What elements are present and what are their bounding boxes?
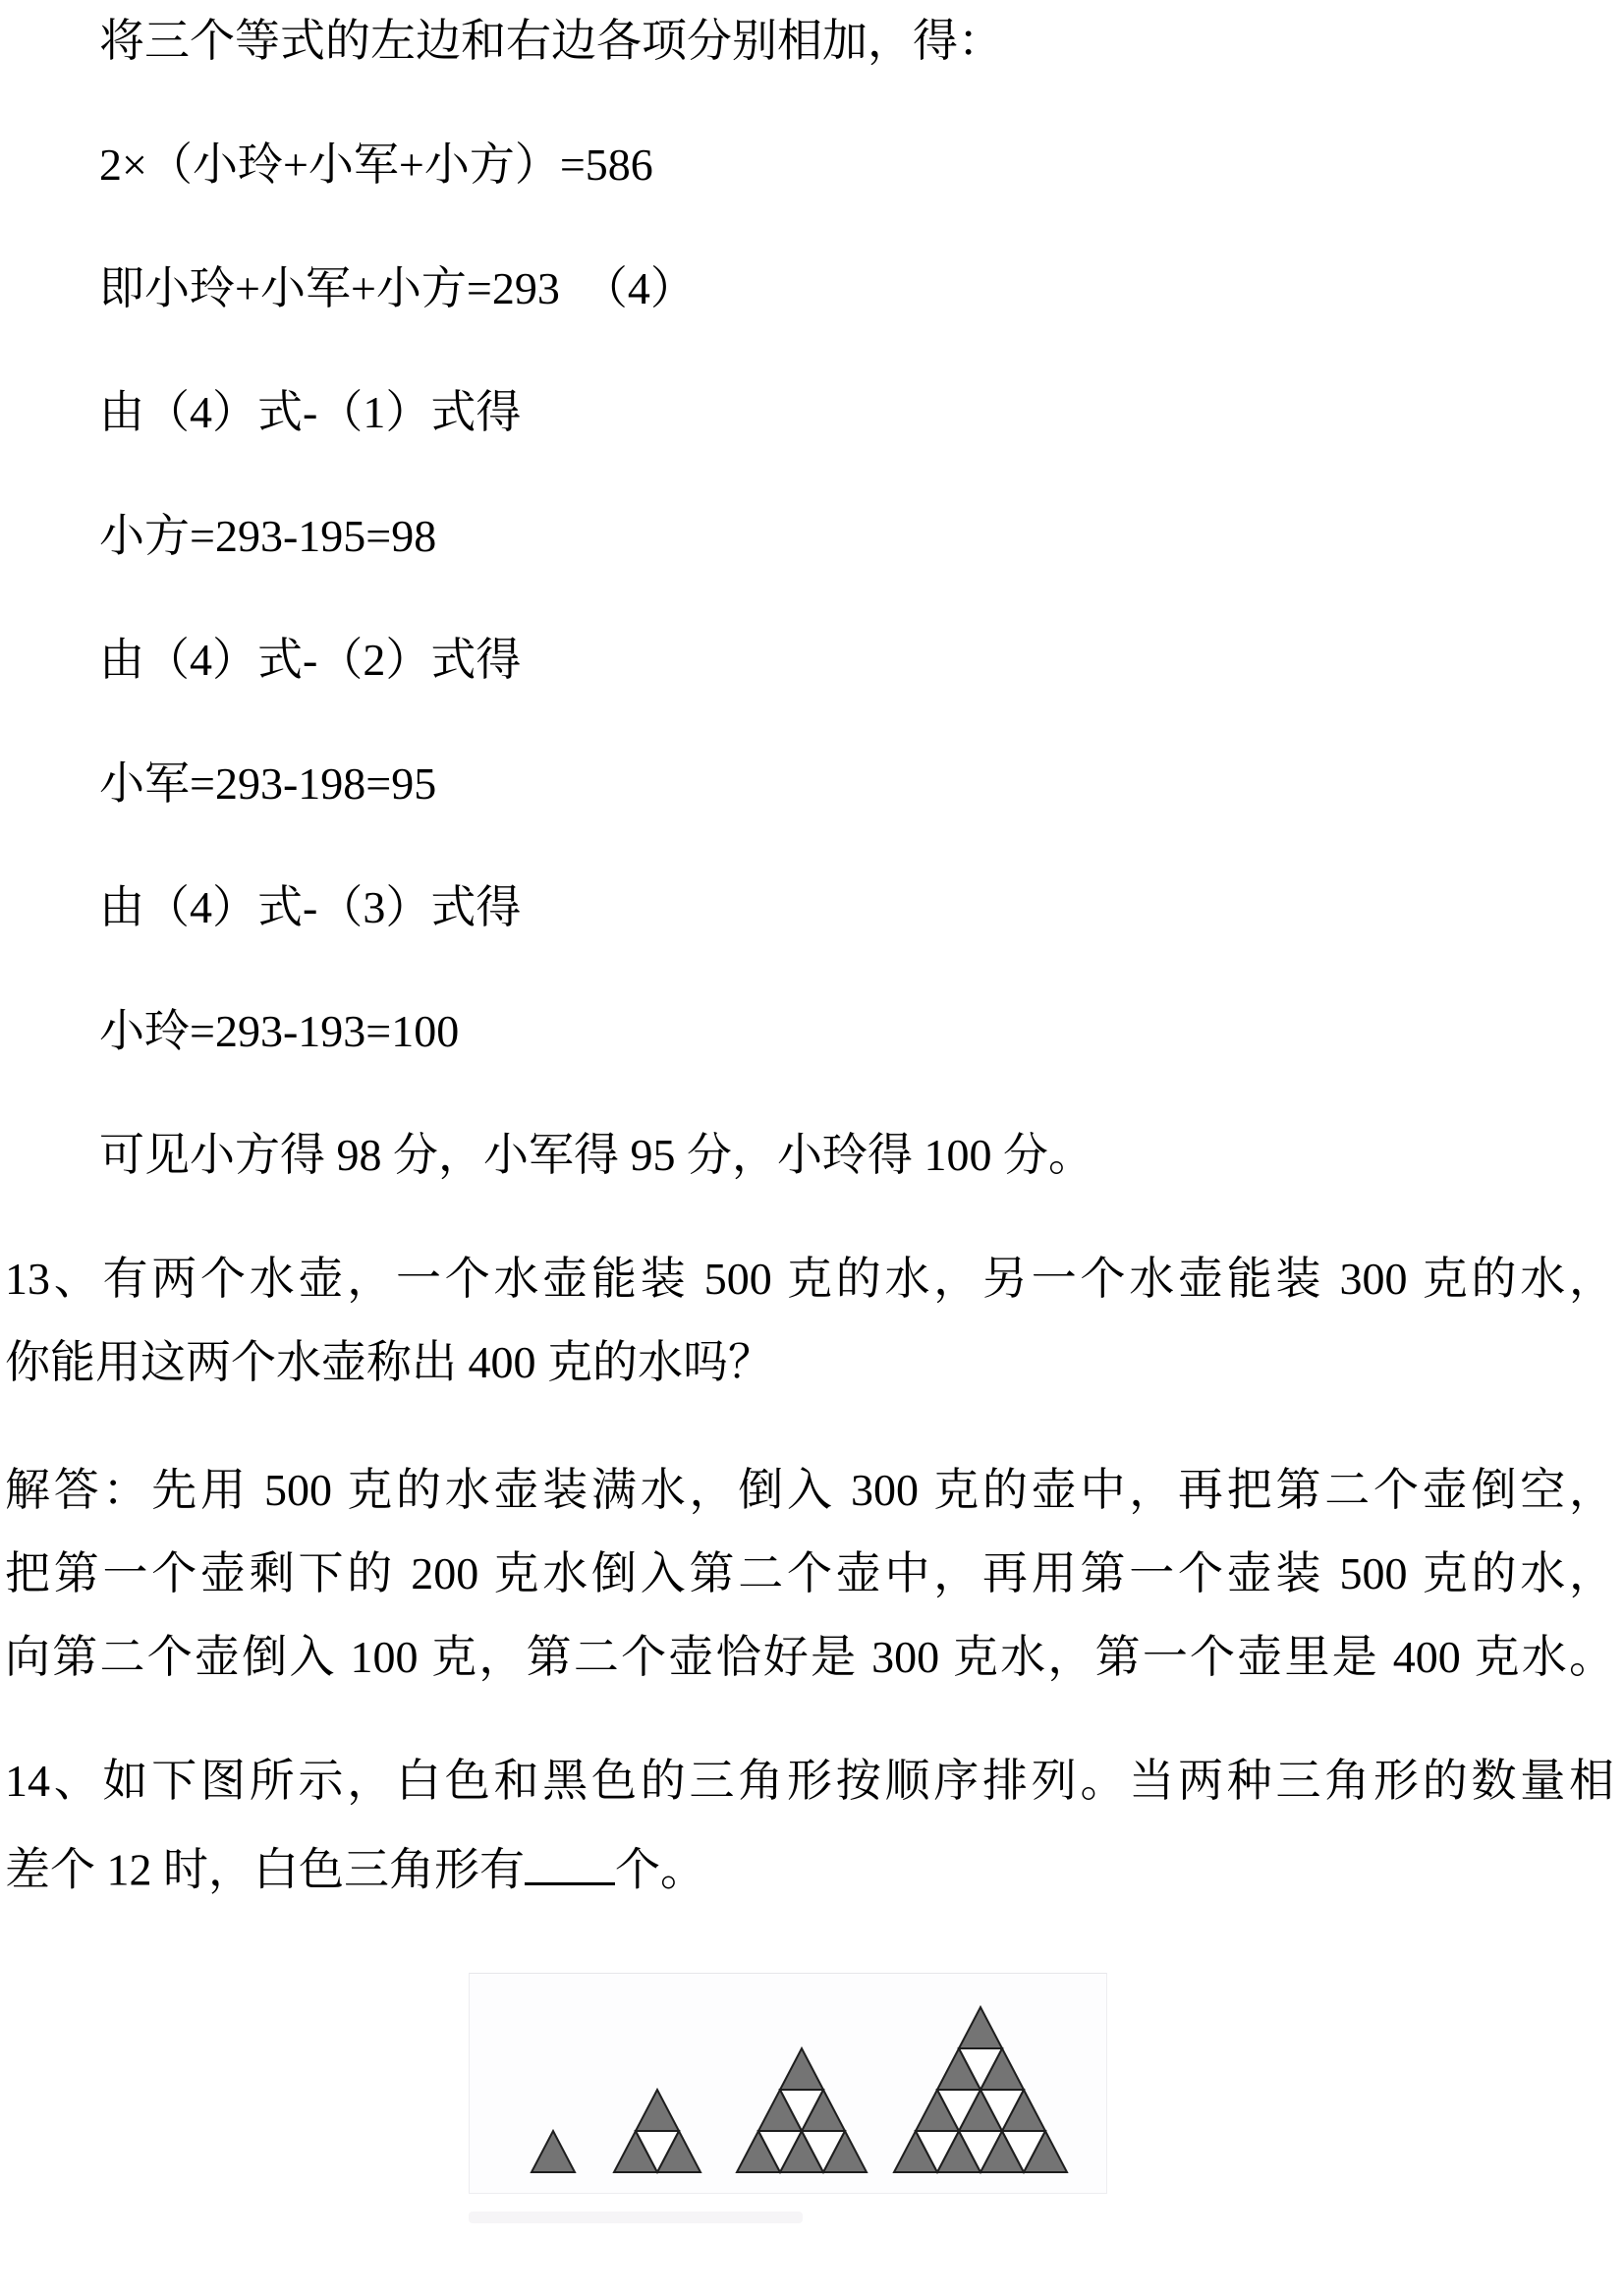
text-line: 由（4）式-（2）式得 (99, 635, 1614, 686)
text-line: 差个 12 时，白色三角形有个。 (5, 1839, 1614, 1896)
dark-triangle (780, 2048, 823, 2090)
triangle-pattern-2 (614, 2090, 700, 2172)
text-line: 可见小方得 98 分，小军得 95 分，小玲得 100 分。 (99, 1130, 1614, 1181)
text-line: 13、有两个水壶，一个水壶能装 500 克的水，另一个水壶能装 300 克的水， (5, 1254, 1614, 1305)
triangle-figure-box (469, 1973, 1107, 2194)
text-line: 即小玲+小军+小方=293 （4） (99, 263, 1614, 314)
text-line: 解答：先用 500 克的水壶装满水，倒入 300 克的壶中，再把第二个壶倒空， (5, 1465, 1614, 1516)
text-line: 你能用这两个水壶称出 400 克的水吗？ (5, 1337, 1614, 1388)
text-line: 小玲=293-193=100 (99, 1006, 1614, 1057)
dark-triangle (959, 2007, 1002, 2048)
text-line: 2×（小玲+小军+小方）=586 (99, 140, 1614, 191)
text-line: 小方=293-195=98 (99, 511, 1614, 562)
text-line: 由（4）式-（1）式得 (99, 387, 1614, 438)
text-line: 把第一个壶剩下的 200 克水倒入第二个壶中，再用第一个壶装 500 克的水， (5, 1548, 1614, 1599)
text-line: 14、如下图所示，白色和黑色的三角形按顺序排列。当两种三角形的数量相 (5, 1756, 1614, 1807)
scan-artifact (469, 2212, 803, 2223)
text-content: 将三个等式的左边和右边各项分别相加，得：2×（小玲+小军+小方）=586即小玲+… (5, 16, 1614, 1896)
blank-line-suffix: 个。 (615, 1845, 705, 1895)
blank-line-prefix: 差个 12 时，白色三角形有 (5, 1845, 525, 1895)
answer-blank (525, 1839, 615, 1885)
triangle-pattern-4 (894, 2007, 1067, 2172)
triangle-pattern-1 (532, 2131, 575, 2172)
text-line: 将三个等式的左边和右边各项分别相加，得： (99, 16, 1614, 67)
text-line: 由（4）式-（3）式得 (99, 882, 1614, 933)
triangle-figure (470, 1974, 1108, 2193)
text-line: 向第二个壶倒入 100 克，第二个壶恰好是 300 克水，第一个壶里是 400 … (5, 1632, 1614, 1683)
text-line: 小军=293-198=95 (99, 758, 1614, 810)
dark-triangle (532, 2131, 575, 2172)
dark-triangle (636, 2090, 679, 2131)
worksheet-page: 将三个等式的左边和右边各项分别相加，得：2×（小玲+小军+小方）=586即小玲+… (0, 0, 1624, 2296)
triangle-pattern-3 (737, 2048, 867, 2172)
